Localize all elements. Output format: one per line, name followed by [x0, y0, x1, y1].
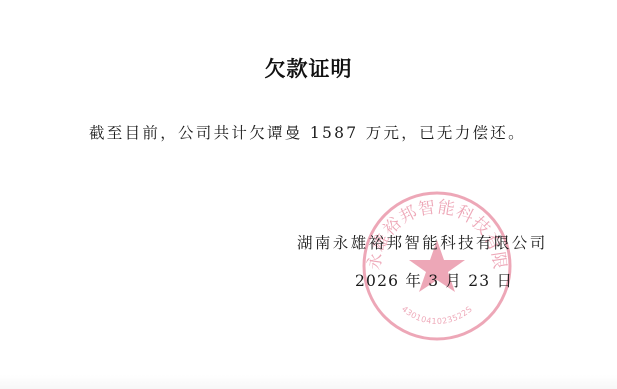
- document-body-text: 截至目前，公司共计欠谭曼 1587 万元，已无力偿还。: [89, 121, 526, 143]
- company-seal-stamp: 湖南永雄裕邦智能科技有限公司 4301041023522S: [360, 190, 514, 342]
- page-bottom-edge: [0, 375, 617, 389]
- stamp-registration-number: 4301041023522S: [400, 304, 474, 326]
- document-page: 欠款证明 截至目前，公司共计欠谭曼 1587 万元，已无力偿还。 湖南永雄裕邦智…: [0, 0, 617, 389]
- signature-date: 2026 年 3 月 23 日: [355, 269, 513, 291]
- signature-company-name: 湖南永雄裕邦智能科技有限公司: [297, 231, 548, 253]
- document-title: 欠款证明: [0, 53, 617, 83]
